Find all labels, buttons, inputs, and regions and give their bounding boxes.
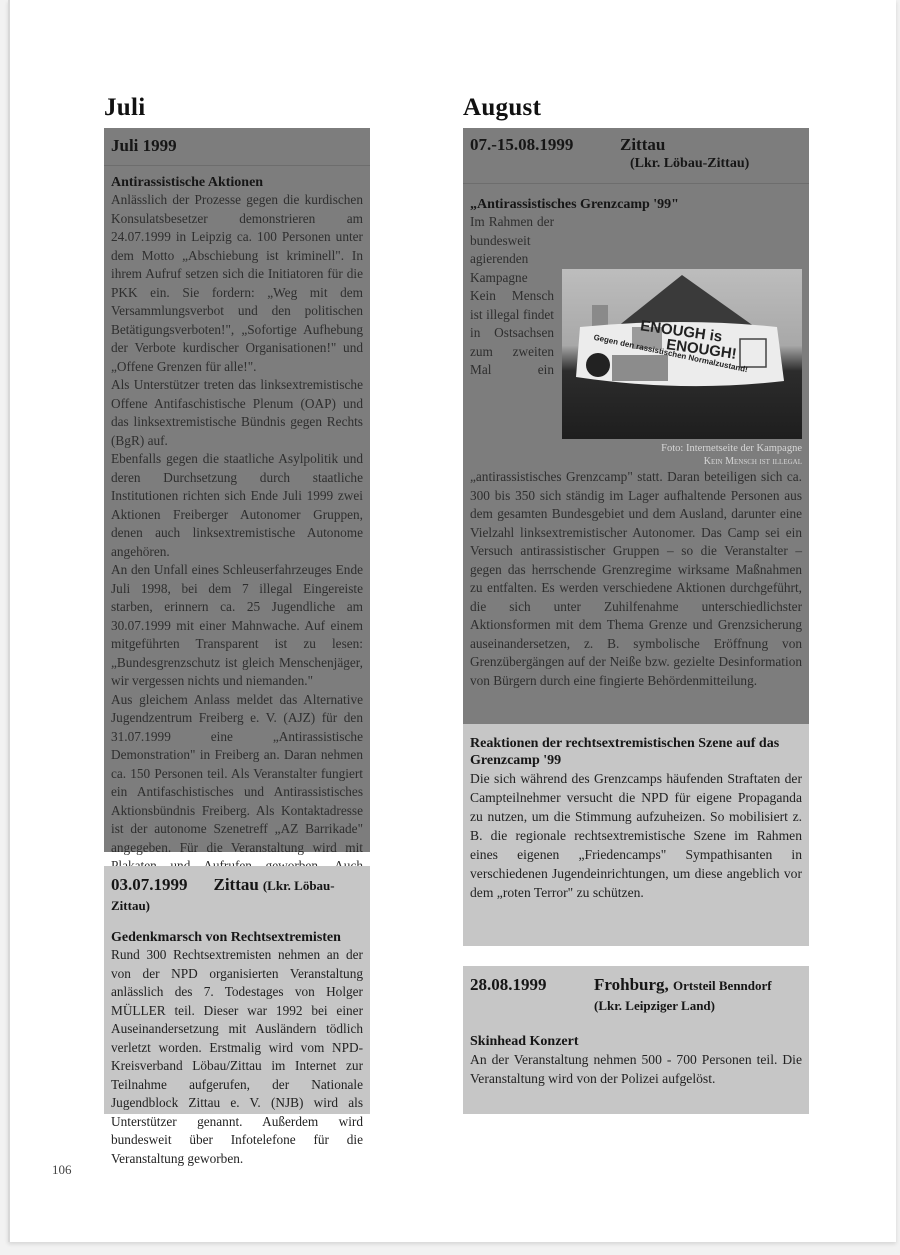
panel-location: Zittau: [620, 135, 749, 154]
panel-location-sub: (Lkr. Löbau-Zittau): [620, 154, 749, 173]
panel-heading: Reaktionen der rechtsextremistischen Sze…: [470, 735, 802, 769]
paragraph: Rund 300 Rechtsextremisten nehmen an der…: [111, 946, 363, 1168]
photo-figure: ENOUGH is ENOUGH! Gegen den rassistische…: [562, 269, 802, 468]
panel-heading: „Antirassistisches Grenzcamp '99": [470, 196, 802, 213]
paragraph: An den Unfall eines Schleuserfahrzeuges …: [111, 561, 363, 691]
panel-header: 03.07.1999Zittau(Lkr. Löbau-Zittau): [111, 875, 363, 915]
panel-location: Zittau: [214, 875, 259, 894]
page-number: 106: [52, 1162, 72, 1178]
panel-03-07-1999: 03.07.1999Zittau(Lkr. Löbau-Zittau) Gede…: [104, 866, 370, 1114]
caption-line: Foto: Internetseite der Kampagne: [562, 442, 802, 455]
panel-heading: Skinhead Konzert: [470, 1033, 802, 1050]
paragraph: An der Veranstaltung nehmen 500 - 700 Pe…: [470, 1050, 802, 1088]
panel-date: Juli 1999: [111, 136, 363, 155]
paragraph: Die sich während des Grenzcamps häufende…: [470, 769, 802, 902]
panel-date: 28.08.1999: [470, 975, 594, 1015]
paragraph: Anlässlich der Prozesse gegen die kurdis…: [111, 191, 363, 376]
panel-grenzcamp: 07.-15.08.1999 Zittau (Lkr. Löbau-Zittau…: [463, 128, 809, 724]
panel-date: 03.07.1999: [111, 875, 188, 894]
panel-heading: Gedenkmarsch von Rechtsextremisten: [111, 929, 363, 946]
paragraph: Als Unterstützer treten das linksextremi…: [111, 376, 363, 450]
column-title-august: August: [463, 94, 541, 122]
panel-header: 07.-15.08.1999 Zittau (Lkr. Löbau-Zittau…: [470, 135, 802, 173]
paragraph-with-photo: ENOUGH is ENOUGH! Gegen den rassistische…: [470, 213, 802, 690]
panel-heading: Antirassistische Aktionen: [111, 174, 363, 191]
panel-reaktionen: Reaktionen der rechtsextremistischen Sze…: [463, 724, 809, 946]
paragraph: Ebenfalls gegen die staatliche Asylpolit…: [111, 450, 363, 561]
photo-caption: Foto: Internetseite der Kampagne Kein Me…: [562, 442, 802, 468]
panel-date: 07.-15.08.1999: [470, 135, 620, 173]
panel-location: Frohburg,: [594, 975, 669, 994]
camp-photo: ENOUGH is ENOUGH! Gegen den rassistische…: [562, 269, 802, 439]
panel-header: 28.08.1999 Frohburg, Ortsteil Benndorf (…: [470, 975, 802, 1015]
panel-july-1999: Juli 1999 Antirassistische Aktionen Anlä…: [104, 128, 370, 852]
document-page: Juli Juli 1999 Antirassistische Aktionen…: [8, 0, 896, 1242]
column-title-july: Juli: [104, 94, 146, 122]
panel-28-08-1999: 28.08.1999 Frohburg, Ortsteil Benndorf (…: [463, 966, 809, 1114]
caption-line: Kein Mensch ist illegal: [562, 455, 802, 468]
